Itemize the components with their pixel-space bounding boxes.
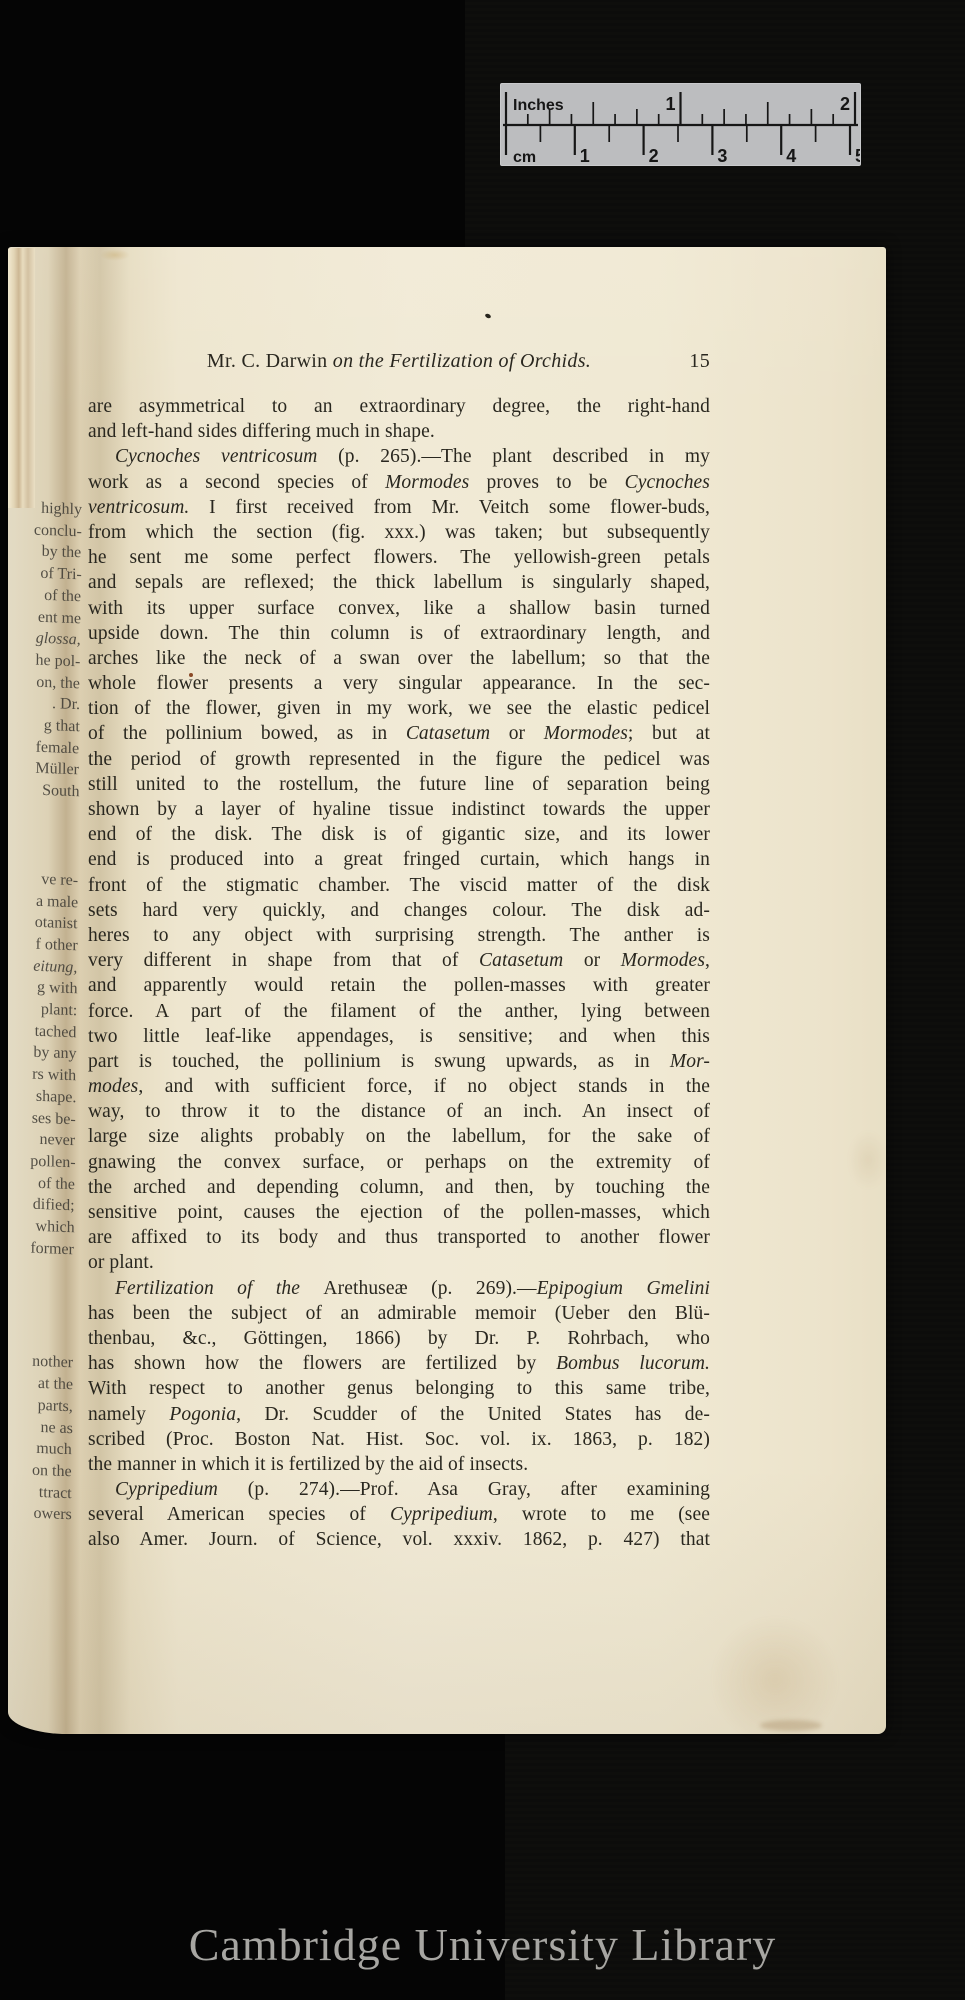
svg-text:4: 4 xyxy=(786,146,796,165)
text-line: With respect to another genus belonging … xyxy=(88,1376,710,1401)
stain-top-left xyxy=(100,249,130,261)
text-line: namely Pogonia, Dr. Scudder of the Unite… xyxy=(88,1402,710,1427)
svg-text:cm: cm xyxy=(513,149,536,165)
text-line: the manner in which it is fertilized by … xyxy=(88,1452,710,1477)
svg-text:3: 3 xyxy=(717,146,727,165)
text-line: ventricosum. I first received from Mr. V… xyxy=(88,495,710,520)
svg-text:2: 2 xyxy=(840,94,850,114)
text-line: Cypripedium (p. 274).—Prof. Asa Gray, af… xyxy=(88,1477,710,1502)
text-line: part is touched, the pollinium is swung … xyxy=(88,1049,710,1074)
text-line: he sent me some perfect flowers. The yel… xyxy=(88,545,710,570)
text-line: still united to the rostellum, the futur… xyxy=(88,772,710,797)
text-line: several American species of Cypripedium,… xyxy=(88,1502,710,1527)
text-line: scribed (Proc. Boston Nat. Hist. Soc. vo… xyxy=(88,1427,710,1452)
foxing-smear-bottom xyxy=(760,1720,822,1731)
text-line: end is produced into a great fringed cur… xyxy=(88,847,710,872)
svg-text:Inches: Inches xyxy=(513,97,564,114)
library-watermark: Cambridge University Library xyxy=(0,1918,965,1971)
text-line: gnawing the convex surface, or perhaps o… xyxy=(88,1150,710,1175)
text-line: arches like the neck of a swan over the … xyxy=(88,646,710,671)
page-edge-stack xyxy=(8,248,35,508)
text-line: modes, and with sufficient force, if no … xyxy=(88,1074,710,1099)
text-line: and left-hand sides differing much in sh… xyxy=(88,419,710,444)
text-line: end of the disk. The disk is of gigantic… xyxy=(88,822,710,847)
text-line: of the pollinium bowed, as in Catasetum … xyxy=(88,721,710,746)
running-header-title: on the Fertilization of Orchids. xyxy=(333,350,591,372)
text-line: shown by a layer of hyaline tissue indis… xyxy=(88,797,710,822)
text-line: are affixed to its body and thus transpo… xyxy=(88,1225,710,1250)
ruler-scale-graphic: 1212345Inchescm xyxy=(501,84,860,165)
text-line: with its upper surface convex, like a sh… xyxy=(88,596,710,621)
text-line: the period of growth represented in the … xyxy=(88,747,710,772)
svg-text:2: 2 xyxy=(649,146,659,165)
text-line: from which the section (fig. xxx.) was t… xyxy=(88,520,710,545)
text-line: and sepals are reflexed; the thick label… xyxy=(88,570,710,595)
text-line: the arched and depending column, and the… xyxy=(88,1175,710,1200)
text-line: upside down. The thin column is of extra… xyxy=(88,621,710,646)
text-line: or plant. xyxy=(88,1250,710,1275)
photo-stage: 1212345Inchescm highlyconclu-by theof Tr… xyxy=(0,0,965,2000)
text-line: are asymmetrical to an extraordinary deg… xyxy=(88,394,710,419)
text-line: heres to any object with surprising stre… xyxy=(88,923,710,948)
svg-text:1: 1 xyxy=(665,94,675,114)
text-line: has shown how the flowers are fertilized… xyxy=(88,1351,710,1376)
running-header: Mr. C. Darwin on the Fertilization of Or… xyxy=(88,350,710,373)
text-line: sets hard very quickly, and changes colo… xyxy=(88,898,710,923)
foxing-stain-right xyxy=(848,1130,888,1190)
svg-text:5: 5 xyxy=(855,146,860,165)
measurement-ruler: 1212345Inchescm xyxy=(500,83,861,166)
text-line: large size alights probably on the label… xyxy=(88,1124,710,1149)
text-line: tion of the flower, given in my work, we… xyxy=(88,696,710,721)
svg-text:1: 1 xyxy=(580,146,590,165)
text-line: and apparently would retain the pollen-m… xyxy=(88,973,710,998)
text-line: front of the stigmatic chamber. The visc… xyxy=(88,873,710,898)
page-number: 15 xyxy=(689,350,710,373)
text-line: way, to throw it to the distance of an i… xyxy=(88,1099,710,1124)
body-text: are asymmetrical to an extraordinary deg… xyxy=(88,394,710,1553)
running-header-author: Mr. C. Darwin xyxy=(207,350,328,372)
text-line: Cycnoches ventricosum (p. 265).—The plan… xyxy=(88,444,710,469)
text-line: force. A part of the filament of the ant… xyxy=(88,999,710,1024)
text-line: thenbau, &c., Göttingen, 1866) by Dr. P.… xyxy=(88,1326,710,1351)
text-line: two little leaf-like appendages, is sens… xyxy=(88,1024,710,1049)
text-line: has been the subject of an admirable mem… xyxy=(88,1301,710,1326)
text-line: sensitive point, causes the ejection of … xyxy=(88,1200,710,1225)
red-speck xyxy=(189,673,193,677)
text-line: very different in shape from that of Cat… xyxy=(88,948,710,973)
text-line: Fertilization of the Arethuseæ (p. 269).… xyxy=(88,1276,710,1301)
text-line: whole flower presents a very singular ap… xyxy=(88,671,710,696)
text-line: work as a second species of Mormodes pro… xyxy=(88,470,710,495)
text-line: also Amer. Journ. of Science, vol. xxxiv… xyxy=(88,1527,710,1552)
